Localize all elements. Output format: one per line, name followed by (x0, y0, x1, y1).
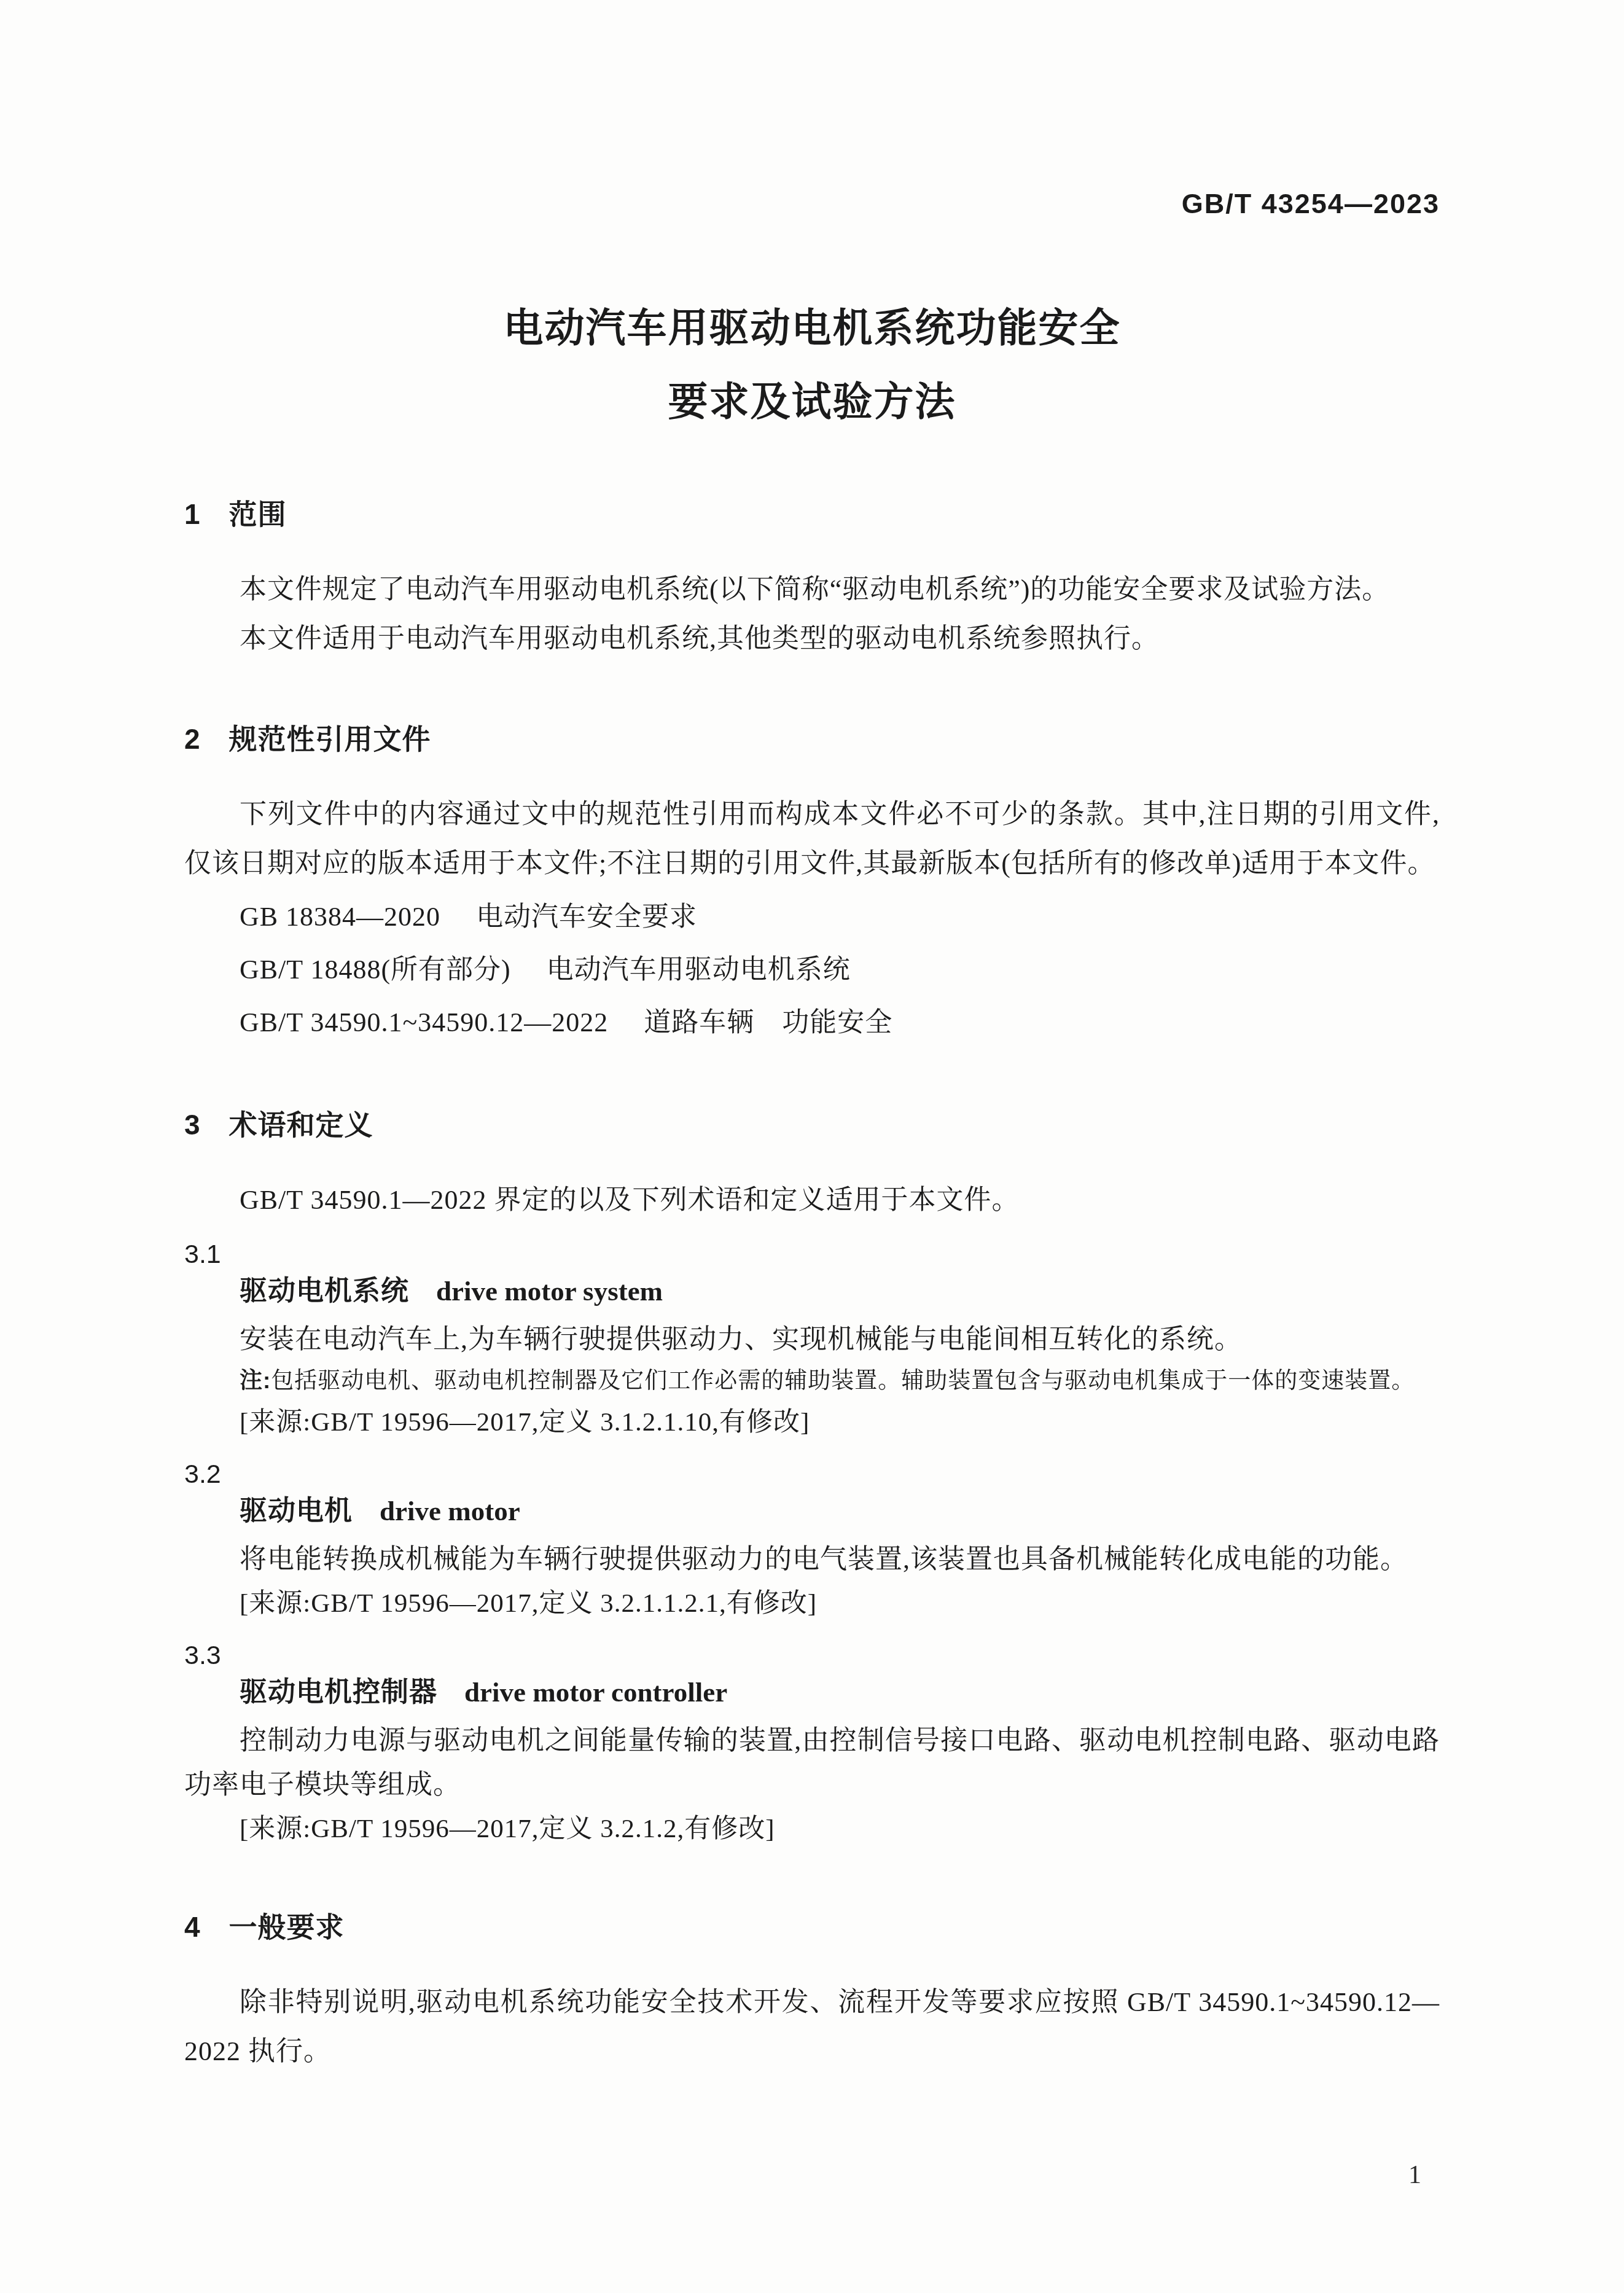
reference-title: 电动汽车安全要求 (476, 902, 697, 932)
document-title-line1: 电动汽车用驱动电机系统功能安全 (184, 291, 1440, 365)
term-name-en: drive motor (380, 1496, 520, 1526)
term-source: [来源:GB/T 19596—2017,定义 3.2.1.1.2.1,有修改] (184, 1582, 1440, 1626)
section-label: 范围 (229, 498, 287, 530)
term-name-drive-motor-controller: 驱动电机控制器drive motor controller (184, 1674, 1440, 1717)
note-label: 注: (240, 1368, 271, 1393)
reference-code: GB/T 18488(所有部分) (240, 943, 511, 996)
standard-document-page: GB/T 43254—2023 电动汽车用驱动电机系统功能安全 要求及试验方法 … (0, 0, 1624, 2293)
term-name-drive-motor-system: 驱动电机系统drive motor system (184, 1273, 1440, 1316)
normative-references-paragraph: 下列文件中的内容通过文中的规范性引用而构成本文件必不可少的条款。其中,注日期的引… (184, 790, 1440, 888)
term-name-en: drive motor system (436, 1276, 663, 1307)
term-definition: 控制动力电源与驱动电机之间能量传输的装置,由控制信号接口电路、驱动电机控制电路、… (184, 1719, 1440, 1807)
term-id-3-3: 3.3 (184, 1637, 1440, 1674)
document-title: 电动汽车用驱动电机系统功能安全 要求及试验方法 (184, 291, 1440, 439)
term-name-drive-motor: 驱动电机drive motor (184, 1493, 1440, 1536)
section-number: 2 (184, 720, 201, 758)
document-title-line2: 要求及试验方法 (184, 365, 1440, 439)
reference-title: 电动汽车用驱动电机系统 (547, 955, 851, 985)
document-code: GB/T 43254—2023 (184, 0, 1440, 222)
term-name-en: drive motor controller (464, 1677, 727, 1708)
section-label: 一般要求 (229, 1911, 345, 1943)
term-name-zh: 驱动电机控制器 (240, 1676, 437, 1708)
term-note: 注:包括驱动电机、驱动电机控制器及它们工作必需的辅助装置。辅助装置包含与驱动电机… (184, 1362, 1440, 1400)
section-number: 3 (184, 1106, 201, 1144)
section-heading-terms-definitions: 3术语和定义 (184, 1106, 1440, 1144)
section-heading-normative-references: 2规范性引用文件 (184, 720, 1440, 758)
terms-intro-paragraph: GB/T 34590.1—2022 界定的以及下列术语和定义适用于本文件。 (184, 1176, 1440, 1225)
reference-list: GB 18384—2020电动汽车安全要求 GB/T 18488(所有部分)电动… (184, 891, 1440, 1049)
section-number: 1 (184, 495, 201, 533)
section-label: 术语和定义 (229, 1109, 373, 1141)
reference-code: GB 18384—2020 (240, 891, 440, 943)
scope-paragraph-2: 本文件适用于电动汽车用驱动电机系统,其他类型的驱动电机系统参照执行。 (184, 614, 1440, 663)
general-requirements-paragraph: 除非特别说明,驱动电机系统功能安全技术开发、流程开发等要求应按照 GB/T 34… (184, 1978, 1440, 2076)
term-id-3-2: 3.2 (184, 1456, 1440, 1493)
term-source: [来源:GB/T 19596—2017,定义 3.2.1.2,有修改] (184, 1807, 1440, 1851)
section-number: 4 (184, 1908, 201, 1946)
term-source: [来源:GB/T 19596—2017,定义 3.1.2.1.10,有修改] (184, 1400, 1440, 1445)
page-content: GB/T 43254—2023 电动汽车用驱动电机系统功能安全 要求及试验方法 … (184, 0, 1440, 2076)
term-id-3-1: 3.1 (184, 1236, 1440, 1273)
scope-paragraph-1: 本文件规定了电动汽车用驱动电机系统(以下简称“驱动电机系统”)的功能安全要求及试… (184, 565, 1440, 614)
page-number: 1 (1408, 2160, 1421, 2190)
note-text: 包括驱动电机、驱动电机控制器及它们工作必需的辅助装置。辅助装置包含与驱动电机集成… (271, 1369, 1415, 1394)
reference-item: GB/T 18488(所有部分)电动汽车用驱动电机系统 (184, 943, 1440, 996)
term-name-zh: 驱动电机 (240, 1495, 353, 1526)
section-label: 规范性引用文件 (229, 723, 431, 755)
term-definition: 将电能转换成机械能为车辆行驶提供驱动力的电气装置,该装置也具备机械能转化成电能的… (184, 1537, 1440, 1582)
section-heading-scope: 1范围 (184, 495, 1440, 533)
term-name-zh: 驱动电机系统 (240, 1275, 409, 1307)
reference-title: 道路车辆 功能安全 (644, 1007, 892, 1037)
reference-item: GB 18384—2020电动汽车安全要求 (184, 891, 1440, 943)
reference-code: GB/T 34590.1~34590.12—2022 (240, 996, 608, 1049)
term-definition: 安装在电动汽车上,为车辆行驶提供驱动力、实现机械能与电能间相互转化的系统。 (184, 1318, 1440, 1362)
section-heading-general-requirements: 4一般要求 (184, 1908, 1440, 1946)
reference-item: GB/T 34590.1~34590.12—2022道路车辆 功能安全 (184, 996, 1440, 1049)
